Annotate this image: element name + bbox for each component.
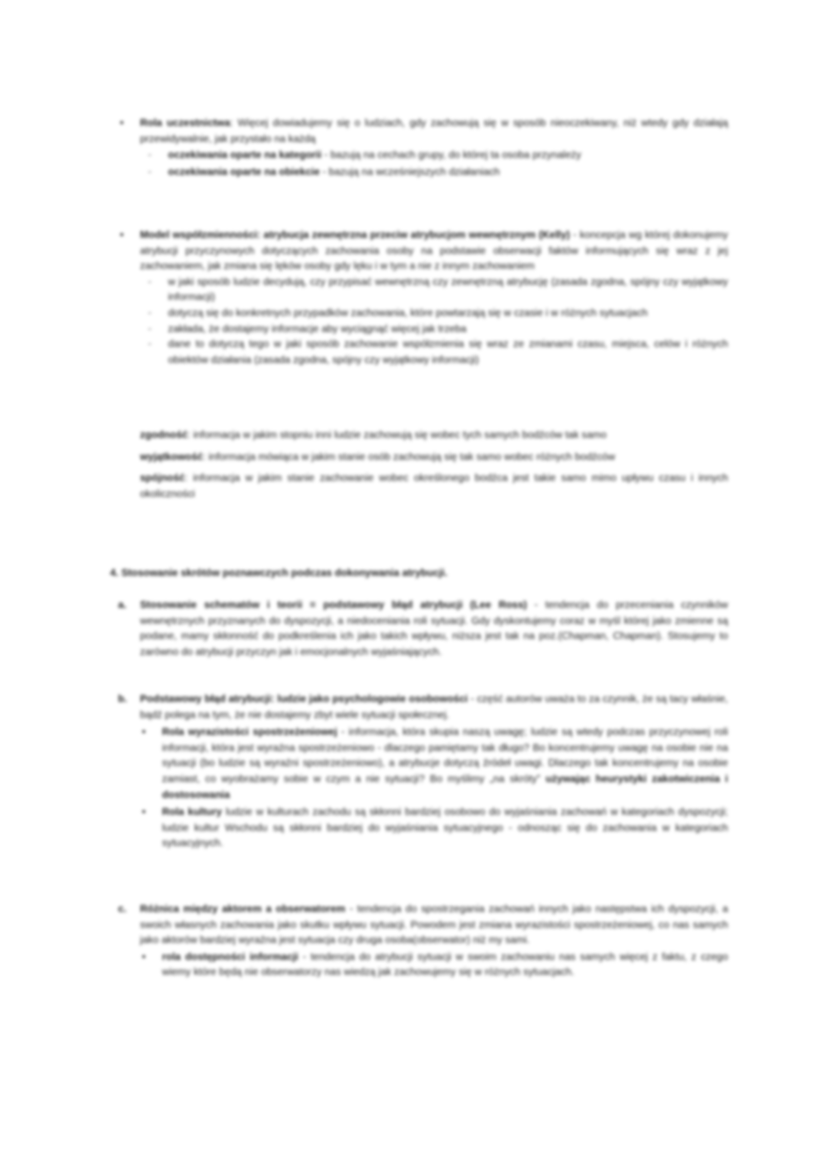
section-heading: 4. Stosowanie skrótów poznawczych podcza…	[110, 566, 730, 582]
dash-bullet-icon: -	[148, 165, 151, 181]
item-letter: c.	[118, 902, 127, 918]
subitem-title: Rola wyrazistości spostrzeżeniowej	[162, 727, 337, 738]
item-letter: b.	[118, 692, 127, 708]
bullet-icon: •	[142, 725, 146, 741]
subitem-title: Rola kultury	[162, 807, 222, 818]
subitem-text: ludzie w kulturach zachodu są skłonni ba…	[162, 807, 728, 849]
subitem-title: rola dostępności informacji	[162, 952, 298, 963]
dash-bullet-icon: -	[148, 275, 151, 291]
definition-text: : informacja w jakim stanie zachowanie w…	[140, 473, 728, 500]
subitem-text: - bazują na wcześniejszych działaniach	[320, 167, 500, 178]
item-letter: a.	[118, 598, 127, 614]
bullet-role-expectations: • Rola uczestnictwa: Więcej dowiadujemy …	[140, 116, 728, 180]
dash-bullet-icon: -	[148, 306, 151, 322]
dash-bullet-icon: -	[148, 322, 151, 338]
kelley-title: Model współzmienności: atrybucja zewnętr…	[140, 230, 570, 241]
bullet-icon: •	[142, 805, 146, 821]
kelley-subitem: zakłada, że dostajemy informacje aby wyc…	[168, 322, 728, 338]
kelley-definitions: zgodność: informacja w jakim stopniu inn…	[140, 428, 728, 502]
document-page: • Rola uczestnictwa: Więcej dowiadujemy …	[0, 0, 827, 1169]
subitem-title: oczekiwania oparte na kategorii	[168, 150, 321, 161]
definition-term: spójność	[140, 473, 185, 484]
subitem-title: oczekiwania oparte na obiekcie	[168, 167, 320, 178]
kelley-subitem: w jaki sposób ludzie decydują, czy przyp…	[168, 275, 728, 306]
bullet-icon: •	[120, 116, 124, 132]
section-4-heading-block: 4. Stosowanie skrótów poznawczych podcza…	[110, 566, 730, 582]
subitem-text: - bazują na cechach grupy, do której ta …	[321, 150, 581, 161]
section-4c: c. Różnica między aktorem a obserwatorem…	[140, 902, 728, 981]
kelley-subitem: dotyczą się do konkretnych przypadków za…	[168, 306, 728, 322]
dash-bullet-icon: -	[148, 337, 151, 353]
definition-text: : informacja w jakim stopniu inni ludzie…	[188, 430, 607, 441]
item-title: Różnica między aktorem a obserwatorem	[140, 904, 345, 915]
bullet-icon: •	[142, 950, 146, 966]
item-title: Podstawowy błąd atrybucji: ludzie jako p…	[140, 694, 468, 705]
definition-text: : informacja mówiąca w jakim stanie osób…	[203, 452, 615, 463]
definition-term: zgodność	[140, 430, 188, 441]
definition-term: wyjątkowość	[140, 452, 203, 463]
kelley-subitem: dane to dotyczą tego w jaki sposób zacho…	[168, 337, 728, 368]
bullet-kelley-model: • Model współzmienności: atrybucja zewnę…	[140, 228, 728, 368]
dash-bullet-icon: -	[148, 148, 151, 164]
section-4a: a. Stosowanie schematów i teorii = podst…	[140, 598, 728, 660]
bullet-title: Rola uczestnictwa	[140, 118, 230, 129]
bullet-icon: •	[120, 228, 124, 244]
item-title: Stosowanie schematów i teorii = podstawo…	[140, 600, 527, 611]
section-4b: b. Podstawowy błąd atrybucji: ludzie jak…	[140, 692, 728, 852]
